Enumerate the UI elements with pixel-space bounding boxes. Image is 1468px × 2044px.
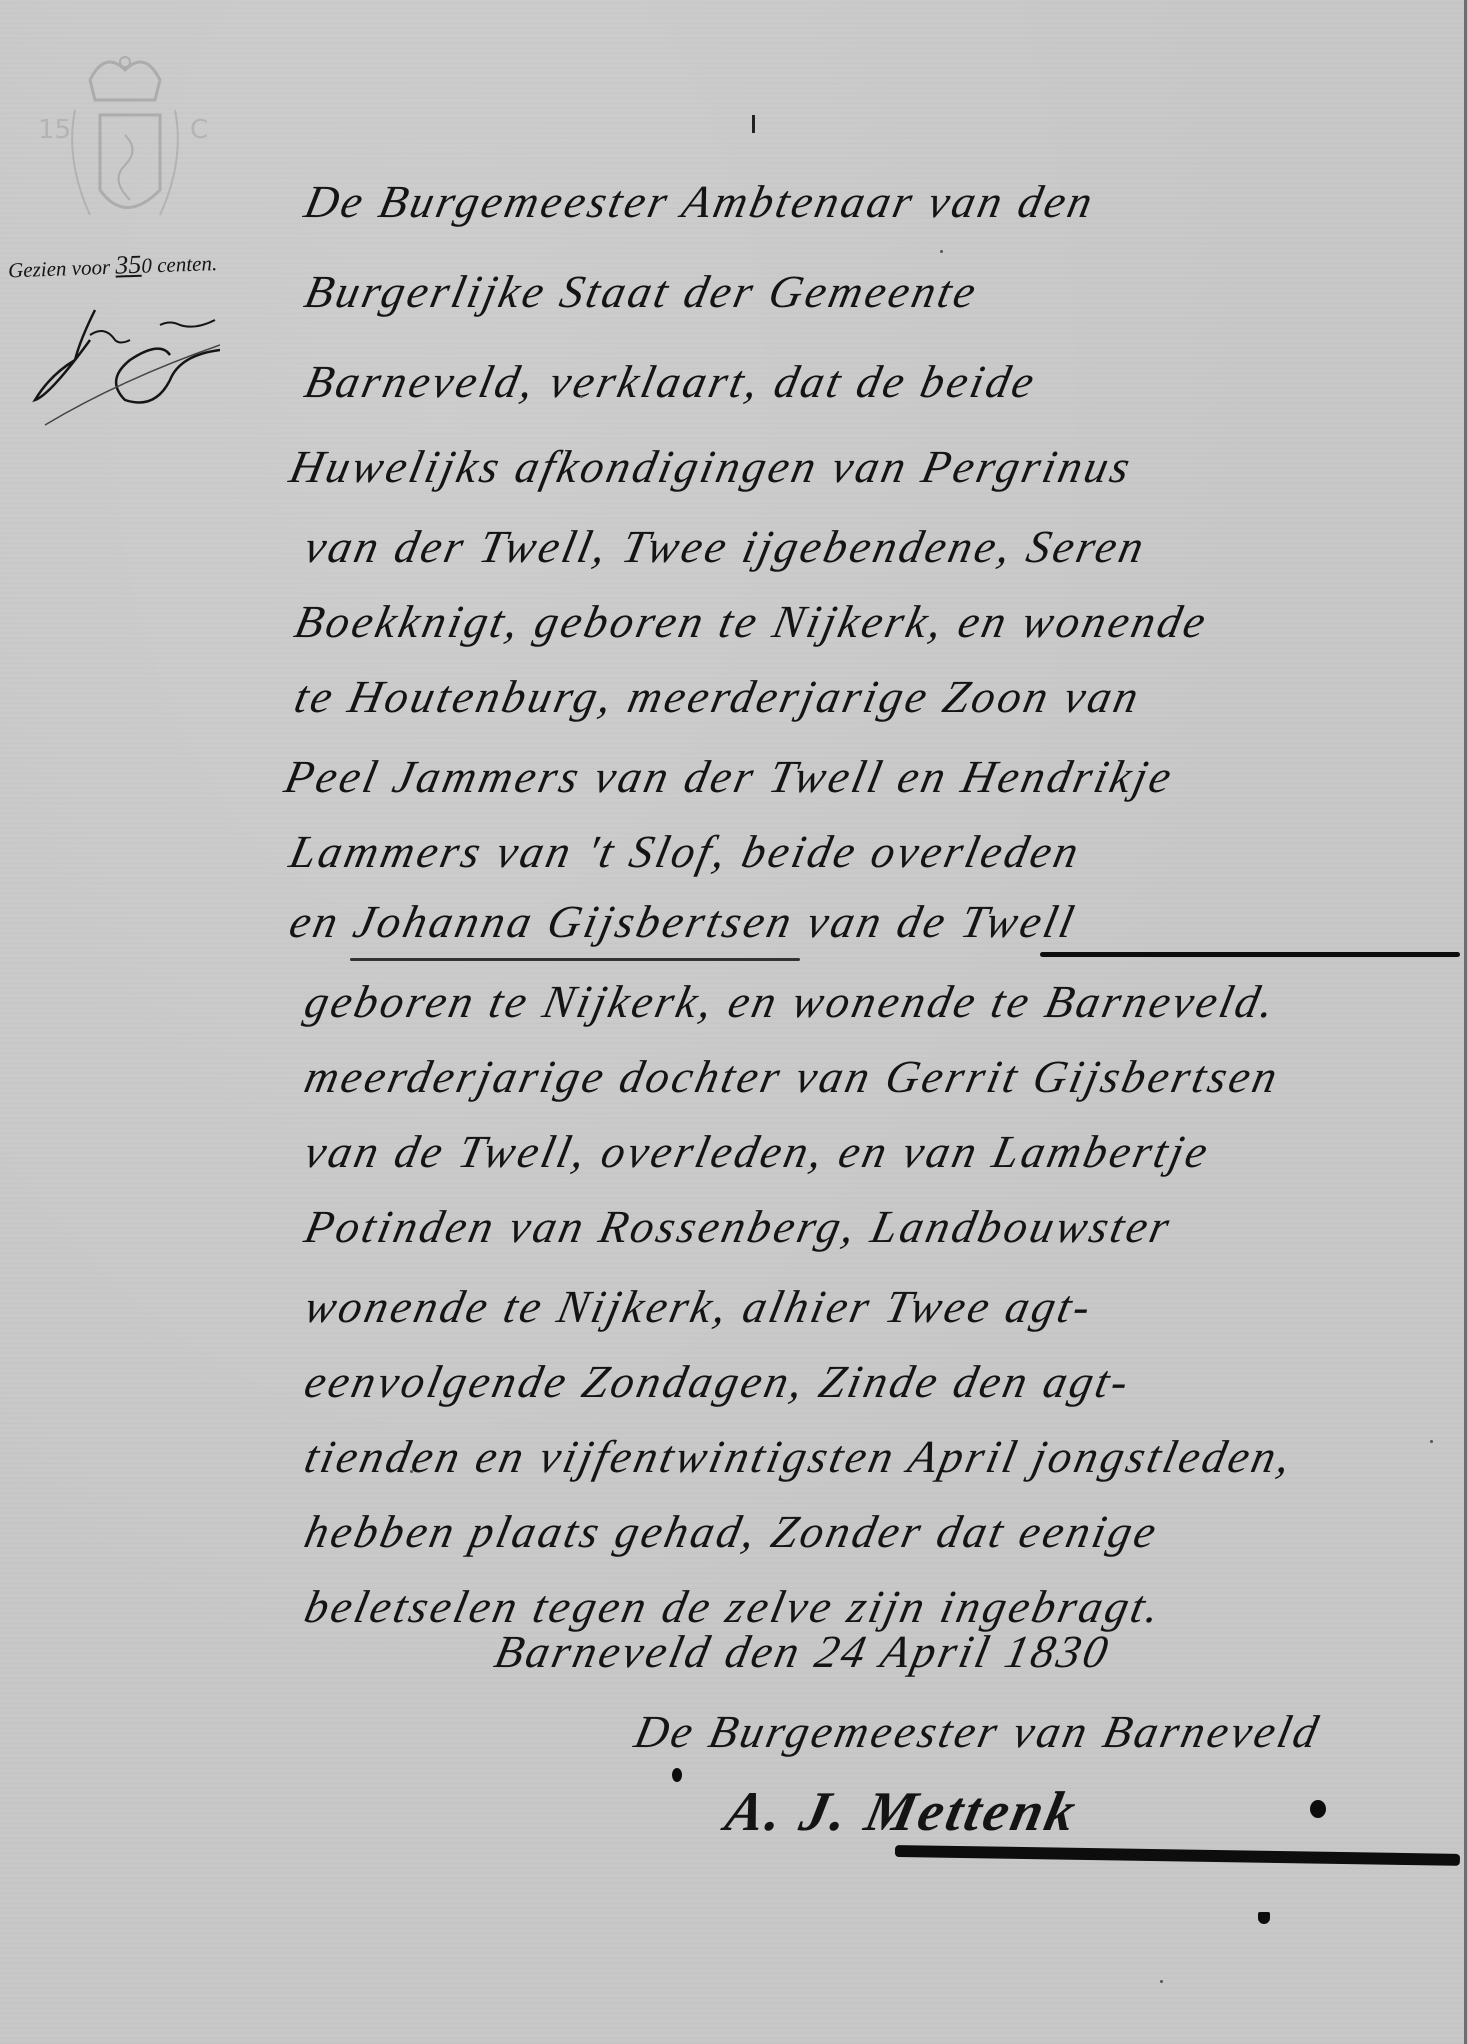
speck <box>580 395 583 398</box>
margin-signature: J. Ommen <box>20 300 220 430</box>
text-line-4: Huwelijks afkondigingen van Pergrinus <box>285 440 1138 493</box>
margin-note-amount: 35 <box>115 250 142 280</box>
name-underline-left <box>350 958 800 961</box>
speck <box>940 250 943 253</box>
speck <box>1160 1980 1163 1983</box>
dateline: Barneveld den 24 April 1830 <box>490 1625 1115 1678</box>
speck <box>1430 1440 1433 1443</box>
text-line-16: eenvolgende Zondagen, Zinde den agt- <box>300 1355 1136 1408</box>
tax-stamp: 15 C <box>30 40 220 240</box>
text-line-8: Peel Jammers van der Twell en Hendrikje <box>280 750 1179 803</box>
document-page: 15 C Gezien voor 350 centen. J. Ommen De… <box>0 0 1467 2044</box>
speck <box>410 1470 413 1473</box>
text-line-17: tienden en vijfentwintigsten April jongs… <box>300 1430 1298 1483</box>
mayor-signature: A. J. Mettenk <box>720 1780 1084 1844</box>
text-line-10: en Johanna Gijsbertsen van de Twell <box>285 895 1081 948</box>
text-line-2: Burgerlijke Staat der Gemeente <box>300 265 983 318</box>
ink-mark <box>752 115 755 133</box>
text-line-3: Barneveld, verklaart, dat de beide <box>300 355 1042 408</box>
text-line-9: Lammers van 't Slof, beide overleden <box>285 825 1086 878</box>
stamp-letter: C <box>190 115 208 145</box>
signature-end-dot <box>1310 1800 1326 1818</box>
text-line-12: meerderjarige dochter van Gerrit Gijsber… <box>300 1050 1285 1103</box>
text-line-11: geboren te Nijkerk, en wonende te Barnev… <box>300 975 1282 1028</box>
text-line-13: van de Twell, overleden, en van Lambertj… <box>300 1125 1215 1178</box>
margin-note-suffix: 0 centen. <box>141 251 218 278</box>
text-line-5: van der Twell, Twee ijgebendene, Seren <box>300 520 1151 573</box>
margin-note: Gezien voor 350 centen. <box>8 246 259 285</box>
text-line-18: hebben plaats gehad, Zonder dat eenige <box>300 1505 1164 1558</box>
text-line-7: te Houtenburg, meerderjarige Zoon van <box>290 670 1146 723</box>
signature-underline <box>895 1845 1460 1866</box>
closing-title: De Burgemeester van Barneveld <box>630 1705 1326 1758</box>
text-line-6: Boekknigt, geboren te Nijkerk, en wonend… <box>290 595 1213 648</box>
margin-note-prefix: Gezien voor <box>8 255 116 283</box>
ink-blot <box>1258 1912 1270 1924</box>
text-line-1: De Burgemeester Ambtenaar van den <box>300 175 1100 228</box>
stamp-number: 15 <box>38 115 71 145</box>
text-line-14: Potinden van Rossenberg, Landbouwster <box>300 1200 1177 1253</box>
name-underline-right <box>1040 952 1460 957</box>
text-line-15: wonende te Nijkerk, alhier Twee agt- <box>300 1280 1098 1333</box>
signature-flourish-icon <box>20 300 220 430</box>
ink-dot <box>672 1768 682 1782</box>
